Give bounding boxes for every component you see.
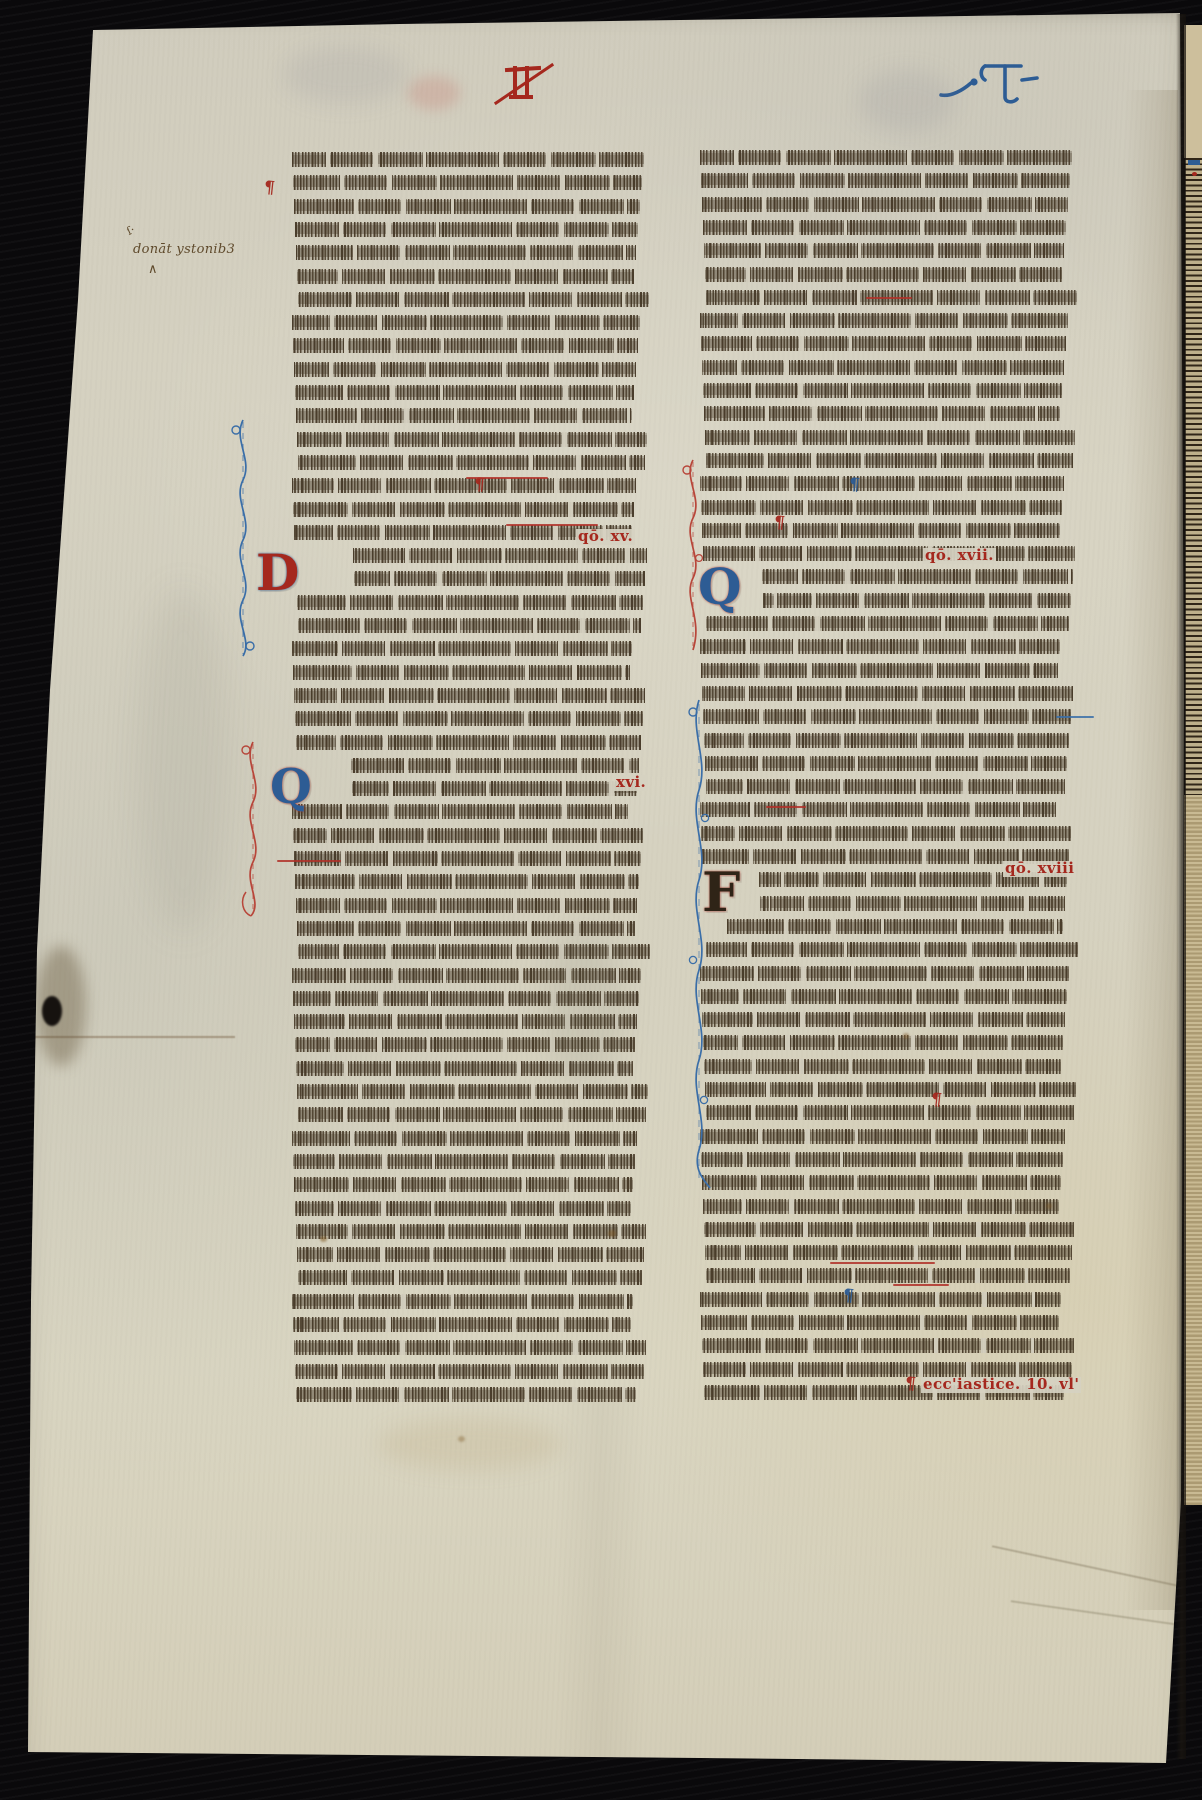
pilcrow-mark: ¶ bbox=[473, 476, 486, 494]
text-line bbox=[706, 1105, 1074, 1120]
rubric: qō. xviii bbox=[1003, 861, 1076, 877]
text-line bbox=[700, 802, 1056, 817]
pilcrow-mark: ¶ bbox=[904, 1375, 917, 1393]
stain bbox=[136, 588, 231, 933]
text-line bbox=[702, 523, 1060, 538]
stain bbox=[608, 1230, 616, 1237]
facing-page-blue-mark bbox=[1188, 160, 1200, 165]
text-line bbox=[295, 1364, 644, 1379]
column-right bbox=[703, 150, 1075, 1410]
text-line bbox=[292, 641, 632, 656]
penwork-flourish-red-icon bbox=[680, 458, 706, 654]
text-line bbox=[704, 1059, 1061, 1074]
text-line bbox=[297, 1084, 648, 1099]
stain bbox=[1046, 1203, 1052, 1209]
text-line bbox=[298, 455, 645, 470]
text-line bbox=[296, 735, 641, 750]
text-line bbox=[706, 942, 1078, 957]
penwork-flourish-red-icon bbox=[238, 740, 268, 920]
pilcrow-mark: ¶ bbox=[773, 514, 786, 532]
text-line bbox=[700, 639, 1060, 654]
quire-mark-red-icon bbox=[494, 56, 554, 108]
text-line bbox=[298, 618, 641, 633]
text-line bbox=[701, 173, 1070, 188]
text-line bbox=[704, 243, 1064, 258]
pilcrow-mark: ¶ bbox=[842, 1287, 855, 1305]
text-line bbox=[706, 1268, 1070, 1283]
text-line bbox=[705, 1082, 1076, 1097]
text-line bbox=[293, 502, 634, 517]
text-line bbox=[352, 781, 637, 796]
text-line bbox=[700, 150, 1072, 165]
text-line bbox=[293, 338, 638, 353]
rubric: xvi. bbox=[614, 775, 648, 791]
text-line bbox=[702, 1175, 1061, 1190]
text-line bbox=[298, 1107, 646, 1122]
text-line bbox=[704, 733, 1069, 748]
decorated-initial: D bbox=[256, 550, 299, 595]
text-line bbox=[760, 896, 1065, 911]
decorated-initial: F bbox=[702, 868, 740, 917]
text-line bbox=[763, 593, 1071, 608]
text-line bbox=[702, 1012, 1065, 1027]
facing-page-blank-edge bbox=[1184, 25, 1202, 158]
facing-page-text-edge bbox=[1185, 158, 1202, 795]
text-line bbox=[297, 269, 634, 284]
text-line bbox=[296, 898, 637, 913]
text-line bbox=[701, 336, 1066, 351]
text-line bbox=[293, 828, 643, 843]
text-line bbox=[295, 874, 639, 889]
page-curve-shadow bbox=[1124, 90, 1178, 1610]
manuscript-page: ſ· donāt ystonib3 ∧ bbox=[0, 0, 1202, 1800]
stain bbox=[378, 1418, 563, 1470]
decorated-initial: Q bbox=[270, 766, 312, 809]
stain bbox=[42, 996, 62, 1026]
text-line bbox=[703, 220, 1066, 235]
text-line bbox=[353, 548, 647, 563]
text-line bbox=[702, 686, 1073, 701]
text-line bbox=[701, 1315, 1059, 1330]
text-line bbox=[292, 478, 636, 493]
text-line bbox=[296, 245, 636, 260]
gutter-shadow bbox=[556, 1400, 646, 1760]
text-line bbox=[292, 315, 640, 330]
text-line bbox=[762, 569, 1073, 584]
text-line bbox=[701, 500, 1062, 515]
pilcrow-mark: ¶ bbox=[848, 476, 861, 494]
text-line bbox=[292, 1131, 637, 1146]
text-line bbox=[700, 1129, 1065, 1144]
text-line bbox=[703, 383, 1062, 398]
text-line bbox=[703, 1199, 1059, 1214]
text-line bbox=[293, 665, 630, 680]
text-line bbox=[294, 688, 645, 703]
text-line bbox=[701, 826, 1071, 841]
text-line bbox=[293, 1154, 635, 1169]
book-page-edges bbox=[1184, 795, 1202, 1505]
penwork-flourish-blue-icon bbox=[686, 698, 712, 1190]
text-line bbox=[706, 453, 1073, 468]
text-line bbox=[296, 408, 632, 423]
text-line bbox=[702, 360, 1064, 375]
text-line bbox=[705, 1245, 1072, 1260]
text-line bbox=[294, 1177, 633, 1192]
text-line bbox=[700, 1292, 1061, 1307]
text-line bbox=[701, 663, 1058, 678]
text-line bbox=[704, 406, 1060, 421]
page-gap-shadow bbox=[1176, 14, 1186, 1759]
column-left bbox=[295, 152, 647, 1412]
text-line bbox=[295, 385, 634, 400]
text-line bbox=[706, 616, 1069, 631]
margin-tick: ſ· bbox=[125, 223, 137, 238]
rubric: qō. xv. bbox=[576, 529, 635, 545]
margin-caret-icon: ∧ bbox=[148, 262, 158, 277]
text-line bbox=[293, 1317, 631, 1332]
text-line bbox=[705, 756, 1067, 771]
text-line bbox=[351, 758, 639, 773]
decorated-initial: Q bbox=[698, 564, 742, 609]
stain bbox=[903, 1033, 909, 1039]
stain bbox=[283, 46, 408, 104]
pilcrow-mark: ¶ bbox=[263, 179, 276, 197]
stain bbox=[320, 1236, 327, 1242]
text-line bbox=[294, 199, 640, 214]
text-line bbox=[297, 595, 643, 610]
stain bbox=[858, 70, 956, 132]
text-line bbox=[297, 1247, 644, 1262]
text-line bbox=[298, 292, 649, 307]
text-line bbox=[703, 709, 1071, 724]
rubric: ecc'iastice. 10. vl' bbox=[921, 1377, 1081, 1393]
text-line bbox=[294, 1340, 646, 1355]
text-line bbox=[700, 476, 1064, 491]
text-line bbox=[704, 1222, 1074, 1237]
text-line bbox=[702, 197, 1068, 212]
text-line bbox=[702, 1338, 1074, 1353]
text-line bbox=[706, 779, 1065, 794]
text-line bbox=[700, 966, 1069, 981]
text-line bbox=[701, 989, 1067, 1004]
text-line bbox=[294, 851, 641, 866]
photo-canvas: ſ· donāt ystonib3 ∧ bbox=[0, 0, 1202, 1800]
text-line bbox=[292, 152, 644, 167]
text-line bbox=[700, 313, 1068, 328]
text-line bbox=[295, 222, 638, 237]
text-line bbox=[297, 432, 647, 447]
text-line bbox=[292, 1294, 633, 1309]
rubric: qō. xvii. bbox=[923, 548, 996, 564]
text-line bbox=[298, 1270, 642, 1285]
penwork-flourish-blue-icon bbox=[230, 418, 256, 658]
facing-page-red-mark bbox=[1192, 172, 1197, 176]
text-line bbox=[295, 711, 643, 726]
text-line bbox=[727, 919, 1063, 934]
text-line bbox=[705, 267, 1062, 282]
stain bbox=[408, 76, 460, 110]
text-line bbox=[703, 1035, 1063, 1050]
pilcrow-mark: ¶ bbox=[930, 1091, 943, 1109]
text-line bbox=[354, 571, 645, 586]
text-line bbox=[296, 1224, 646, 1239]
text-line bbox=[295, 1201, 631, 1216]
text-line bbox=[293, 175, 642, 190]
text-line bbox=[703, 546, 1075, 561]
text-line bbox=[292, 804, 628, 819]
text-line bbox=[705, 430, 1075, 445]
text-line bbox=[701, 1152, 1063, 1167]
margin-note: donāt ystonib3 bbox=[133, 242, 235, 257]
text-line bbox=[294, 362, 636, 377]
stain bbox=[545, 928, 623, 1083]
stain bbox=[458, 1436, 465, 1442]
